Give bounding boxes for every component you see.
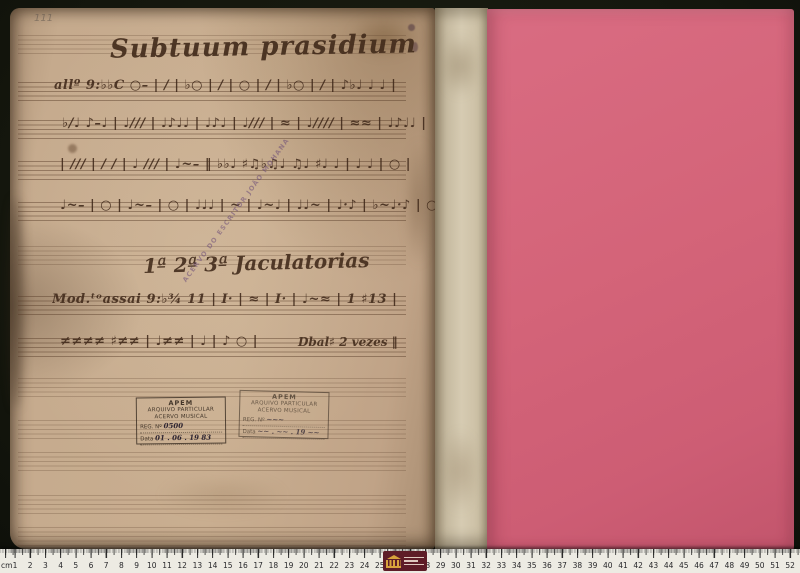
measurement-ruler: cm 1234567891011121314151617181920212223…: [0, 549, 800, 573]
paper-stain: [439, 428, 481, 514]
ruler-number: 12: [177, 561, 187, 570]
ruler-number: 44: [664, 561, 674, 570]
ruler-number: 5: [73, 561, 78, 570]
ruler-number: 47: [709, 561, 719, 570]
ruler-number: 48: [725, 561, 735, 570]
stamp-reg-row: REG. Nº 0500: [140, 421, 222, 434]
ruler-number: 42: [633, 561, 643, 570]
ruler-number: 30: [451, 561, 461, 570]
ruler-number: 24: [360, 561, 370, 570]
music-notation: ♩~– | ○ | ♩~– | ○ | ♩♩♩ | ~ | ♩~♩ | ♩♩~ …: [60, 198, 445, 213]
ruler-number: 33: [497, 561, 507, 570]
stamp-date-label: Data: [242, 429, 255, 435]
ruler-number: 35: [527, 561, 537, 570]
ruler-number: 6: [89, 561, 94, 570]
ruler-number: 46: [694, 561, 704, 570]
ruler-number: 16: [238, 561, 248, 570]
ruler-number: 43: [649, 561, 659, 570]
ruler-number: 38: [573, 561, 583, 570]
ruler-number: 50: [755, 561, 765, 570]
paper-stain: [68, 144, 77, 153]
ruler-number: 17: [253, 561, 263, 570]
ruler-number: 31: [466, 561, 476, 570]
stamp-reg-value: 0500: [164, 421, 184, 430]
music-notation: ≠≠≠≠ ♯≠≠ | ♩≠≠ | ♩ | ♪ ○ |: [60, 334, 258, 349]
ruler-number: 13: [193, 561, 203, 570]
ruler-number: 8: [119, 561, 124, 570]
ruler-number: 15: [223, 561, 233, 570]
ruler-number: 51: [770, 561, 780, 570]
music-staff: ♩~– | ○ | ♩~– | ○ | ♩♩♩ | ~ | ♩~♩ | ♩♩~ …: [18, 202, 406, 221]
stamp-date-value: ~~ . ~~ . 19 ~~: [257, 426, 319, 437]
music-staff: allº 9:♭♭C ○– | / | ♭○ | / | ○ | / | ♭○ …: [18, 82, 406, 101]
music-notation: ♭/♩ ♪–♩ | ♩/// | ♩♪♩♩ | ♩♪♩ | ♩/// | ≈ |…: [62, 116, 426, 131]
manuscript-page: 111 allº 9:♭♭C ○– | / | ♭○ | / | ○ | / |…: [10, 8, 435, 549]
music-notation: Mod.ᵗᵒassai 9:♭¾ 11 | I· | ≈ | I· | ♩~≈ …: [52, 292, 397, 307]
ruler-number: 11: [162, 561, 172, 570]
ruler-number: 10: [147, 561, 157, 570]
music-staff: [18, 495, 406, 514]
archive-stamp: APEM ARQUIVO PARTICULAR ACERVO MUSICAL R…: [136, 397, 226, 445]
ruler-number: 18: [269, 561, 279, 570]
stamp-date-label: Data: [140, 436, 153, 442]
music-notation: | /// | / / | ♩ /// | ♩~– ‖ ♭♭♩ ♯♫♭♫♩ ♫♩…: [60, 157, 411, 172]
music-staff: ♭/♩ ♪–♩ | ♩/// | ♩♪♩♩ | ♩♪♩ | ♩/// | ≈ |…: [18, 120, 406, 139]
pink-cover: ACERVO DO ESCRITOR JOÃO MOHANA: [487, 9, 794, 556]
ruler-number: 36: [542, 561, 552, 570]
ruler-number: 2: [28, 561, 33, 570]
ruler-number: 14: [208, 561, 218, 570]
archive-building-icon: [386, 555, 401, 568]
ruler-number: 34: [512, 561, 522, 570]
page-edge-strip: [435, 8, 488, 549]
stamp-date-row: Data ~~ . ~~ . 19 ~~: [242, 426, 324, 440]
stamp-reg-value: ~~~: [266, 415, 284, 424]
ruler-number: 40: [603, 561, 613, 570]
ruler-unit-label: cm: [1, 561, 12, 570]
music-staff: [18, 452, 406, 471]
ruler-number: 29: [436, 561, 446, 570]
music-notation: allº 9:♭♭C ○– | / | ♭○ | / | ○ | / | ♭○ …: [54, 78, 396, 93]
archive-stamp: APEM ARQUIVO PARTICULAR ACERVO MUSICAL R…: [238, 390, 329, 439]
ruler-number: 9: [134, 561, 139, 570]
pencil-page-number: 111: [34, 13, 53, 24]
ruler-number: 7: [104, 561, 109, 570]
ruler-number: 41: [618, 561, 628, 570]
ruler-number: 23: [345, 561, 355, 570]
ruler-number: 52: [785, 561, 795, 570]
ruler-number: 4: [58, 561, 63, 570]
stamp-reg-label: REG. Nº: [243, 417, 265, 424]
archive-logo: [383, 551, 427, 571]
ruler-number: 49: [740, 561, 750, 570]
ruler-number: 32: [481, 561, 491, 570]
music-staff: [18, 527, 406, 546]
ruler-number: 21: [314, 561, 324, 570]
stamp-reg-label: REG. Nº: [140, 424, 162, 430]
logo-text-lines: [404, 557, 424, 566]
manuscript-title: Subtuum prasidium: [110, 29, 417, 64]
ruler-number: 39: [588, 561, 598, 570]
stamp-date-row: Data 01 . 06 . 19 83: [140, 433, 222, 446]
music-staff: Mod.ᵗᵒassai 9:♭¾ 11 | I· | ≈ | I· | ♩~≈ …: [18, 296, 406, 315]
ruler-number: 3: [43, 561, 48, 570]
ruler-number: 19: [284, 561, 294, 570]
ruler-number: 20: [299, 561, 309, 570]
dacapo-instruction: Dbal♯ 2 vezes ‖: [298, 335, 398, 349]
paper-stain: [439, 34, 481, 98]
section-heading: 1ª 2ª 3ª Jaculatorias: [143, 248, 370, 278]
stamp-date-value: 01 . 06 . 19 83: [155, 433, 211, 443]
music-staff: | /// | / / | ♩ /// | ♩~– ‖ ♭♭♩ ♯♫♭♫♩ ♫♩…: [18, 161, 406, 180]
ruler-number: 45: [679, 561, 689, 570]
digitized-manuscript-photo: 111 allº 9:♭♭C ○– | / | ♭○ | / | ○ | / |…: [0, 0, 800, 573]
music-staff: [18, 378, 406, 397]
ruler-number: 1: [13, 561, 18, 570]
ruler-number: 22: [329, 561, 339, 570]
ruler-number: 37: [557, 561, 567, 570]
